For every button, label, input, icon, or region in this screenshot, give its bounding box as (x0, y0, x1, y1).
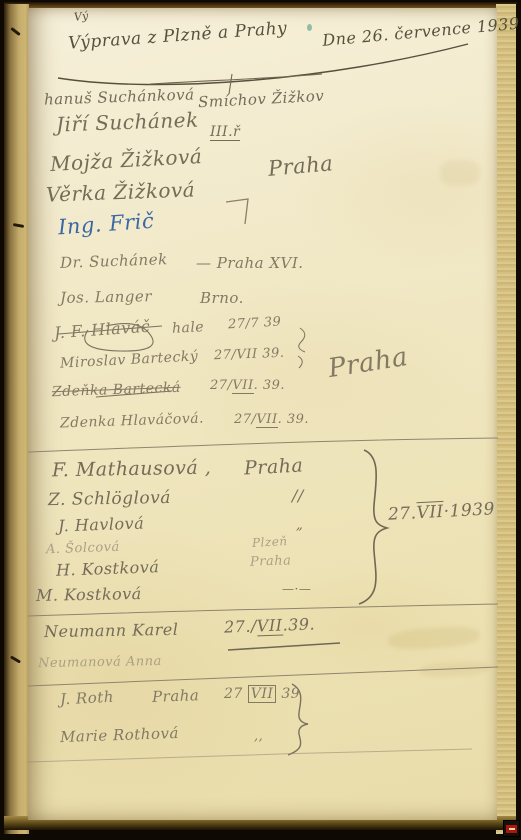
signature-date: 27 VII 39 (224, 686, 300, 702)
date-year: 39. (257, 346, 284, 362)
signature-date: 27/VII. 39. (210, 378, 285, 393)
date-year: . 39. (254, 378, 285, 393)
signature-name: Jiří Suchánek (56, 108, 199, 137)
signature-date: 27/VII 39. (214, 346, 285, 363)
signature-place: Praha (152, 686, 200, 706)
signature-name: F. Mathausová , (52, 457, 212, 482)
signature-name: Neumann Karel (44, 620, 179, 641)
signature-name: A. Šolcová (46, 540, 120, 558)
signature-name: Neumanová Anna (38, 654, 162, 671)
date-year: ·1939 (443, 499, 495, 522)
signature-place: Praha (243, 454, 303, 479)
date-day: 27. (388, 503, 418, 524)
ditto-mark: ,, (254, 729, 263, 744)
guestbook-scan: Vý Výprava z Plzně a Prahy Dne 26. červe… (0, 0, 521, 840)
signature-note: hale (172, 319, 205, 337)
paper-stain (440, 160, 480, 186)
signature-place: Praha (250, 553, 292, 569)
date-month-roman: VII (256, 412, 277, 428)
date-month-roman: VII (257, 616, 283, 637)
ditto-mark: —·— (282, 582, 311, 596)
signature-date: 27/7 39 (228, 315, 282, 333)
date-day: 27/ (210, 378, 232, 393)
signature-date: 27/VII. 39. (234, 412, 309, 427)
ditto-mark: „ (296, 518, 303, 533)
date-month-roman: VII (236, 347, 258, 363)
date-day: 27 (224, 686, 248, 702)
signature-place: — Praha XVI. (196, 254, 304, 272)
signature-name: H. Kostková (56, 557, 160, 580)
signature-place: Brno. (200, 289, 244, 307)
date-month-roman: VII (232, 378, 253, 394)
scan-corner-registration-mark (503, 820, 520, 837)
book-fore-edge (496, 4, 521, 834)
signature-name: Jos. Langer (60, 287, 152, 307)
signature-name: Z. Schlöglová (48, 488, 171, 510)
date-day: 27/ (214, 347, 237, 363)
date-day: 27/ (234, 412, 256, 427)
header-flourish-text: Vý (73, 9, 89, 23)
signature-name: M. Kostková (36, 584, 142, 605)
date-year: 39 (276, 686, 300, 702)
signature-name: Dr. Suchánek (60, 250, 168, 272)
corner-mark-dash (509, 828, 515, 830)
signature-date: 27./VII.39. (224, 614, 316, 636)
corner-mark-red-box (506, 825, 517, 833)
ditto-mark: // (292, 486, 304, 505)
date-month-roman: VII (416, 501, 444, 523)
date-day: 27./ (224, 616, 257, 636)
signature-note: III.ř (210, 124, 240, 141)
book-binding (4, 4, 29, 834)
signature-name: J. Roth (60, 688, 115, 709)
date-year: . 39. (278, 412, 309, 427)
signature-place: Plzeň (252, 534, 288, 550)
signature-name: J. Havlová (58, 514, 145, 536)
date-year: .39. (282, 614, 315, 634)
ink-speck (307, 24, 312, 31)
date-month-roman: VII (248, 685, 277, 703)
